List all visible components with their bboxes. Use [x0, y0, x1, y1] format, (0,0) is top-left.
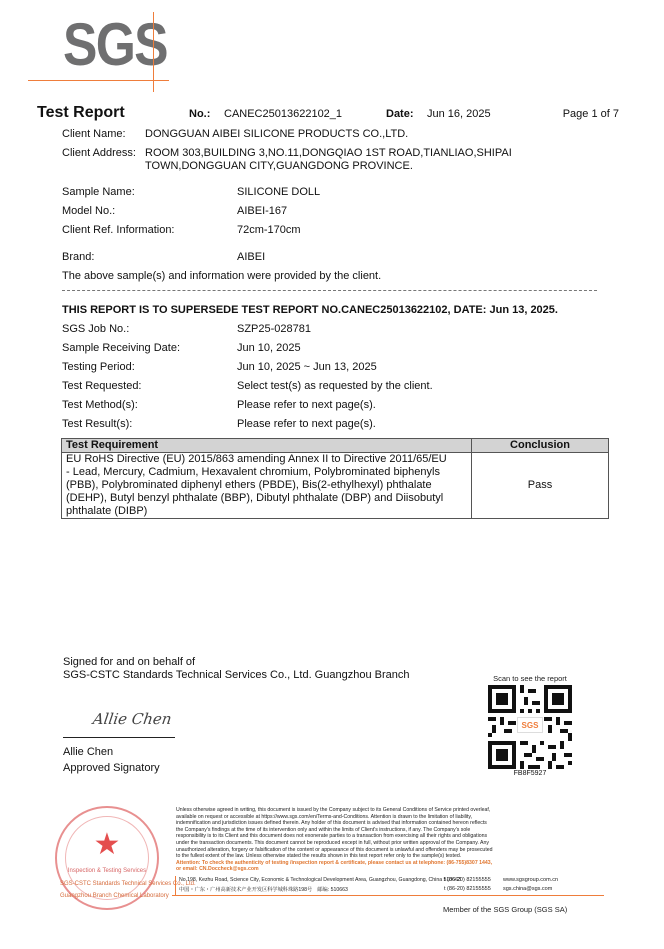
- signed-line-1: Signed for and on behalf of: [63, 656, 409, 669]
- sgs-logo: SGS: [28, 12, 178, 82]
- signed-line-2: SGS-CSTC Standards Technical Services Co…: [63, 669, 409, 682]
- logo-horizontal-rule: [28, 80, 169, 81]
- table-header-row: Test Requirement Conclusion: [62, 439, 609, 453]
- conclusion-cell: Pass: [472, 453, 609, 519]
- field-label: SGS Job No.:: [62, 323, 129, 336]
- field-label: Model No.:: [62, 205, 115, 218]
- field-label: Test Method(s):: [62, 399, 138, 412]
- report-number: CANEC25013622102_1: [224, 108, 342, 120]
- field-value: 72cm-170cm: [237, 224, 301, 237]
- client-address-label: Client Address:: [62, 147, 136, 160]
- footer-horizontal-rule: [172, 895, 604, 896]
- qr-verification-code: FB8F5927: [484, 770, 576, 777]
- address-chinese: 中国・广东・广州高新技术产业开发区科学城科珠路198号 邮编: 510663: [179, 886, 348, 893]
- requirement-line: (PBB), Polybrominated diphenyl ethers (P…: [66, 479, 467, 492]
- terms-line: Unless otherwise agreed in writing, this…: [176, 807, 596, 814]
- client-name-label: Client Name:: [62, 128, 126, 141]
- signer-title: Approved Signatory: [63, 760, 160, 776]
- report-number-label: No.:: [189, 108, 210, 120]
- client-name: DONGGUAN AIBEI SILICONE PRODUCTS CO.,LTD…: [145, 128, 408, 141]
- column-header-requirement: Test Requirement: [62, 439, 472, 453]
- signed-on-behalf: Signed for and on behalf of SGS-CSTC Sta…: [63, 656, 409, 682]
- footer-vertical-rule: [175, 876, 176, 896]
- field-value: SILICONE DOLL: [237, 186, 320, 199]
- authenticity-notice: Attention: To check the authenticity of …: [176, 860, 596, 867]
- address-english: No.198, Kezhu Road, Science City, Econom…: [179, 877, 461, 883]
- field-value: Jun 10, 2025: [237, 342, 301, 355]
- field-label: Client Ref. Information:: [62, 224, 175, 237]
- terms-line: under the transaction documents. This do…: [176, 840, 596, 847]
- signer-block: Allie Chen Approved Signatory: [63, 744, 160, 776]
- member-notice: Member of the SGS Group (SGS SA): [443, 905, 567, 914]
- terms-line: to the fullest extent of the law. Unless…: [176, 853, 596, 860]
- report-date-label: Date:: [386, 108, 414, 120]
- field-value: AIBEI: [237, 251, 265, 264]
- field-label: Brand:: [62, 251, 94, 264]
- terms-line: unauthorized alteration, forgery or fals…: [176, 847, 596, 854]
- seal-text: Inspection & Testing Services: [57, 868, 157, 874]
- dashed-separator: [62, 290, 597, 291]
- sgs-logo-text: SGS: [63, 15, 167, 75]
- field-label: Sample Name:: [62, 186, 135, 199]
- signer-name: Allie Chen: [63, 744, 160, 760]
- requirement-line: EU RoHS Directive (EU) 2015/863 amending…: [66, 453, 467, 466]
- requirement-line: - Lead, Mercury, Cadmium, Hexavalent chr…: [66, 466, 467, 479]
- website-link[interactable]: www.sgsgroup.com.cn: [503, 877, 558, 883]
- telephone-2: t (86-20) 82155555: [444, 886, 491, 892]
- page-title: Test Report: [37, 104, 125, 122]
- field-value: Please refer to next page(s).: [237, 399, 376, 412]
- client-address-line-1: ROOM 303,BUILDING 3,NO.11,DONGQIAO 1ST R…: [145, 147, 512, 160]
- field-label: Test Requested:: [62, 380, 142, 393]
- field-label: Test Result(s):: [62, 418, 132, 431]
- report-header: Test Report No.: CANEC25013622102_1 Date…: [37, 104, 627, 124]
- star-icon: ★: [57, 830, 157, 860]
- field-value: SZP25-028781: [237, 323, 311, 336]
- field-value: AIBEI-167: [237, 205, 287, 218]
- telephone-1: t (86-20) 82155555: [444, 877, 491, 883]
- table-row: EU RoHS Directive (EU) 2015/863 amending…: [62, 453, 609, 519]
- signature-line: [63, 737, 175, 738]
- field-value: Please refer to next page(s).: [237, 418, 376, 431]
- email-link[interactable]: sgs.china@sgs.com: [503, 886, 552, 892]
- client-address-line-2: TOWN,DONGGUAN CITY,GUANGDONG PROVINCE.: [145, 160, 413, 173]
- field-label: Sample Receiving Date:: [62, 342, 180, 355]
- requirement-line: phthalate (DIBP): [66, 505, 467, 518]
- results-table: Test Requirement Conclusion EU RoHS Dire…: [61, 438, 609, 519]
- handwritten-signature: Allie Chen: [92, 710, 173, 728]
- logo-vertical-rule: [153, 12, 154, 92]
- qr-center-logo: SGS: [517, 717, 543, 733]
- terms-line[interactable]: available on request or accessible at ht…: [176, 814, 596, 821]
- authenticity-email[interactable]: or email: CN.Doccheck@sgs.com: [176, 866, 596, 873]
- qr-caption: Scan to see the report: [484, 674, 576, 683]
- field-value: Jun 10, 2025 ~ Jun 13, 2025: [237, 361, 377, 374]
- field-value: Select test(s) as requested by the clien…: [237, 380, 433, 393]
- terms-line: the Company's findings at the time of it…: [176, 827, 596, 834]
- qr-block: Scan to see the report SGS FB8F5927: [484, 674, 576, 777]
- report-date: Jun 16, 2025: [427, 108, 491, 120]
- terms-line: responsibility is to its Client and this…: [176, 833, 596, 840]
- terms-and-conditions: Unless otherwise agreed in writing, this…: [176, 807, 596, 873]
- sample-note: The above sample(s) and information were…: [62, 270, 381, 283]
- field-label: Testing Period:: [62, 361, 135, 374]
- terms-line: indemnification and jurisdiction issues …: [176, 820, 596, 827]
- supersede-notice: THIS REPORT IS TO SUPERSEDE TEST REPORT …: [62, 304, 558, 316]
- page-indicator: Page 1 of 7: [563, 108, 619, 120]
- requirement-cell: EU RoHS Directive (EU) 2015/863 amending…: [62, 453, 472, 519]
- column-header-conclusion: Conclusion: [472, 439, 609, 453]
- requirement-line: (DEHP), Butyl benzyl phthalate (BBP), Di…: [66, 492, 467, 505]
- qr-code-icon[interactable]: SGS: [488, 685, 572, 769]
